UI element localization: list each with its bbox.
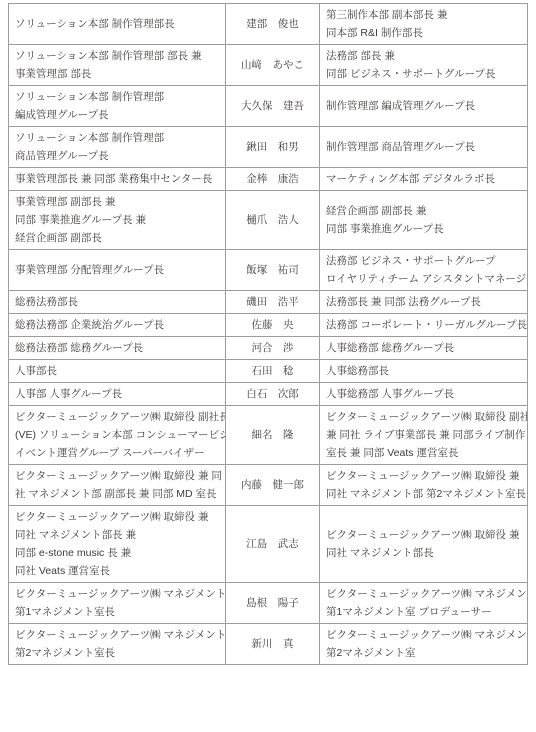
name-cell: 磯田 浩平 xyxy=(226,291,320,314)
personnel-table: ソリューション本部 制作管理部長 建部 俊也 第三制作本部 副本部長 兼 同本部… xyxy=(8,3,528,665)
new-position-cell: ビクターミュージックアーツ㈱ 取締役 副社長 兼 (VE) ソリューション本部 … xyxy=(9,406,226,465)
new-position-cell: ビクターミュージックアーツ㈱ マネジメント部 第1マネジメント室長 xyxy=(9,583,226,624)
table-row: ビクターミュージックアーツ㈱ 取締役 兼 同社 マネジメント部長 兼 同部 e-… xyxy=(9,506,528,583)
name-cell: 内藤 健一郎 xyxy=(226,465,320,506)
old-position-cell: 人事総務部 総務グループ長 xyxy=(320,337,528,360)
old-position-cell: 人事総務部長 xyxy=(320,360,528,383)
old-position-cell: 制作管理部 編成管理グループ長 xyxy=(320,86,528,127)
old-position-cell: ビクターミュージックアーツ㈱ マネジメント部 第1マネジメント室 プロデューサー xyxy=(320,583,528,624)
old-position-cell: 経営企画部 副部長 兼 同部 事業推進グループ長 xyxy=(320,191,528,250)
table-row: 事業管理部 副部長 兼 同部 事業推進グループ長 兼 経営企画部 副部長 樋爪 … xyxy=(9,191,528,250)
table-row: ビクターミュージックアーツ㈱ 取締役 兼 同 社 マネジメント部 副部長 兼 同… xyxy=(9,465,528,506)
table-row: 総務法務部長 磯田 浩平 法務部長 兼 同部 法務グループ長 xyxy=(9,291,528,314)
name-cell: 佐藤 央 xyxy=(226,314,320,337)
new-position-cell: 総務法務部 総務グループ長 xyxy=(9,337,226,360)
table-row: ビクターミュージックアーツ㈱ マネジメント部 第1マネジメント室長 島根 陽子 … xyxy=(9,583,528,624)
table-row: ソリューション本部 制作管理部 商品管理グループ長 鍬田 和男 制作管理部 商品… xyxy=(9,127,528,168)
table-row: 総務法務部 企業統治グループ長 佐藤 央 法務部 コーポレート・リーガルグループ… xyxy=(9,314,528,337)
old-position-cell: 制作管理部 商品管理グループ長 xyxy=(320,127,528,168)
new-position-cell: 事業管理部長 兼 同部 業務集中センター長 xyxy=(9,168,226,191)
old-position-cell: 法務部 ビジネス・サポートグループ ロイヤリティチーム アシスタントマネージャー xyxy=(320,250,528,291)
table-row: ソリューション本部 制作管理部 部長 兼 事業管理部 部長 山﨑 あやこ 法務部… xyxy=(9,45,528,86)
new-position-cell: 事業管理部 副部長 兼 同部 事業推進グループ長 兼 経営企画部 副部長 xyxy=(9,191,226,250)
name-cell: 飯塚 祐司 xyxy=(226,250,320,291)
new-position-cell: ビクターミュージックアーツ㈱ 取締役 兼 同社 マネジメント部長 兼 同部 e-… xyxy=(9,506,226,583)
table-row: ビクターミュージックアーツ㈱ マネジメント部 第2マネジメント室長 新川 真 ビ… xyxy=(9,624,528,665)
old-position-cell: ビクターミュージックアーツ㈱ マネジメント部 第2マネジメント室 xyxy=(320,624,528,665)
name-cell: 建部 俊也 xyxy=(226,4,320,45)
old-position-cell: 人事総務部 人事グループ長 xyxy=(320,383,528,406)
new-position-cell: 総務法務部 企業統治グループ長 xyxy=(9,314,226,337)
table-row: ソリューション本部 制作管理部 編成管理グループ長 大久保 建吾 制作管理部 編… xyxy=(9,86,528,127)
old-position-cell: 法務部 コーポレート・リーガルグループ長 xyxy=(320,314,528,337)
old-position-cell: ビクターミュージックアーツ㈱ 取締役 兼 同社 マネジメント部 第2マネジメント… xyxy=(320,465,528,506)
old-position-cell: 法務部長 兼 同部 法務グループ長 xyxy=(320,291,528,314)
name-cell: 新川 真 xyxy=(226,624,320,665)
old-position-cell: 法務部 部長 兼 同部 ビジネス・サポートグループ長 xyxy=(320,45,528,86)
table-row: 事業管理部 分配管理グループ長 飯塚 祐司 法務部 ビジネス・サポートグループ … xyxy=(9,250,528,291)
name-cell: 大久保 建吾 xyxy=(226,86,320,127)
name-cell: 白石 次郎 xyxy=(226,383,320,406)
name-cell: 江島 武志 xyxy=(226,506,320,583)
name-cell: 樋爪 浩人 xyxy=(226,191,320,250)
table-row: ビクターミュージックアーツ㈱ 取締役 副社長 兼 (VE) ソリューション本部 … xyxy=(9,406,528,465)
table-row: ソリューション本部 制作管理部長 建部 俊也 第三制作本部 副本部長 兼 同本部… xyxy=(9,4,528,45)
name-cell: 山﨑 あやこ xyxy=(226,45,320,86)
new-position-cell: 人事部長 xyxy=(9,360,226,383)
table-row: 総務法務部 総務グループ長 河合 渉 人事総務部 総務グループ長 xyxy=(9,337,528,360)
new-position-cell: 人事部 人事グループ長 xyxy=(9,383,226,406)
page: ソリューション本部 制作管理部長 建部 俊也 第三制作本部 副本部長 兼 同本部… xyxy=(0,0,536,732)
name-cell: 河合 渉 xyxy=(226,337,320,360)
table-row: 人事部長 石田 稔 人事総務部長 xyxy=(9,360,528,383)
name-cell: 鍬田 和男 xyxy=(226,127,320,168)
table-row: 事業管理部長 兼 同部 業務集中センター長 金棒 康浩 マーケティング本部 デジ… xyxy=(9,168,528,191)
name-cell: 石田 稔 xyxy=(226,360,320,383)
new-position-cell: 事業管理部 分配管理グループ長 xyxy=(9,250,226,291)
old-position-cell: 第三制作本部 副本部長 兼 同本部 R&I 制作部長 xyxy=(320,4,528,45)
name-cell: 金棒 康浩 xyxy=(226,168,320,191)
new-position-cell: 総務法務部長 xyxy=(9,291,226,314)
personnel-table-body: ソリューション本部 制作管理部長 建部 俊也 第三制作本部 副本部長 兼 同本部… xyxy=(9,4,528,665)
old-position-cell: マーケティング本部 デジタルラボ長 xyxy=(320,168,528,191)
new-position-cell: ビクターミュージックアーツ㈱ 取締役 兼 同 社 マネジメント部 副部長 兼 同… xyxy=(9,465,226,506)
name-cell: 細名 隆 xyxy=(226,406,320,465)
old-position-cell: ビクターミュージックアーツ㈱ 取締役 副社長 兼 同社 ライブ事業部長 兼 同部… xyxy=(320,406,528,465)
name-cell: 島根 陽子 xyxy=(226,583,320,624)
new-position-cell: ソリューション本部 制作管理部 編成管理グループ長 xyxy=(9,86,226,127)
new-position-cell: ソリューション本部 制作管理部長 xyxy=(9,4,226,45)
new-position-cell: ビクターミュージックアーツ㈱ マネジメント部 第2マネジメント室長 xyxy=(9,624,226,665)
old-position-cell: ビクターミュージックアーツ㈱ 取締役 兼 同社 マネジメント部長 xyxy=(320,506,528,583)
new-position-cell: ソリューション本部 制作管理部 部長 兼 事業管理部 部長 xyxy=(9,45,226,86)
new-position-cell: ソリューション本部 制作管理部 商品管理グループ長 xyxy=(9,127,226,168)
table-row: 人事部 人事グループ長 白石 次郎 人事総務部 人事グループ長 xyxy=(9,383,528,406)
